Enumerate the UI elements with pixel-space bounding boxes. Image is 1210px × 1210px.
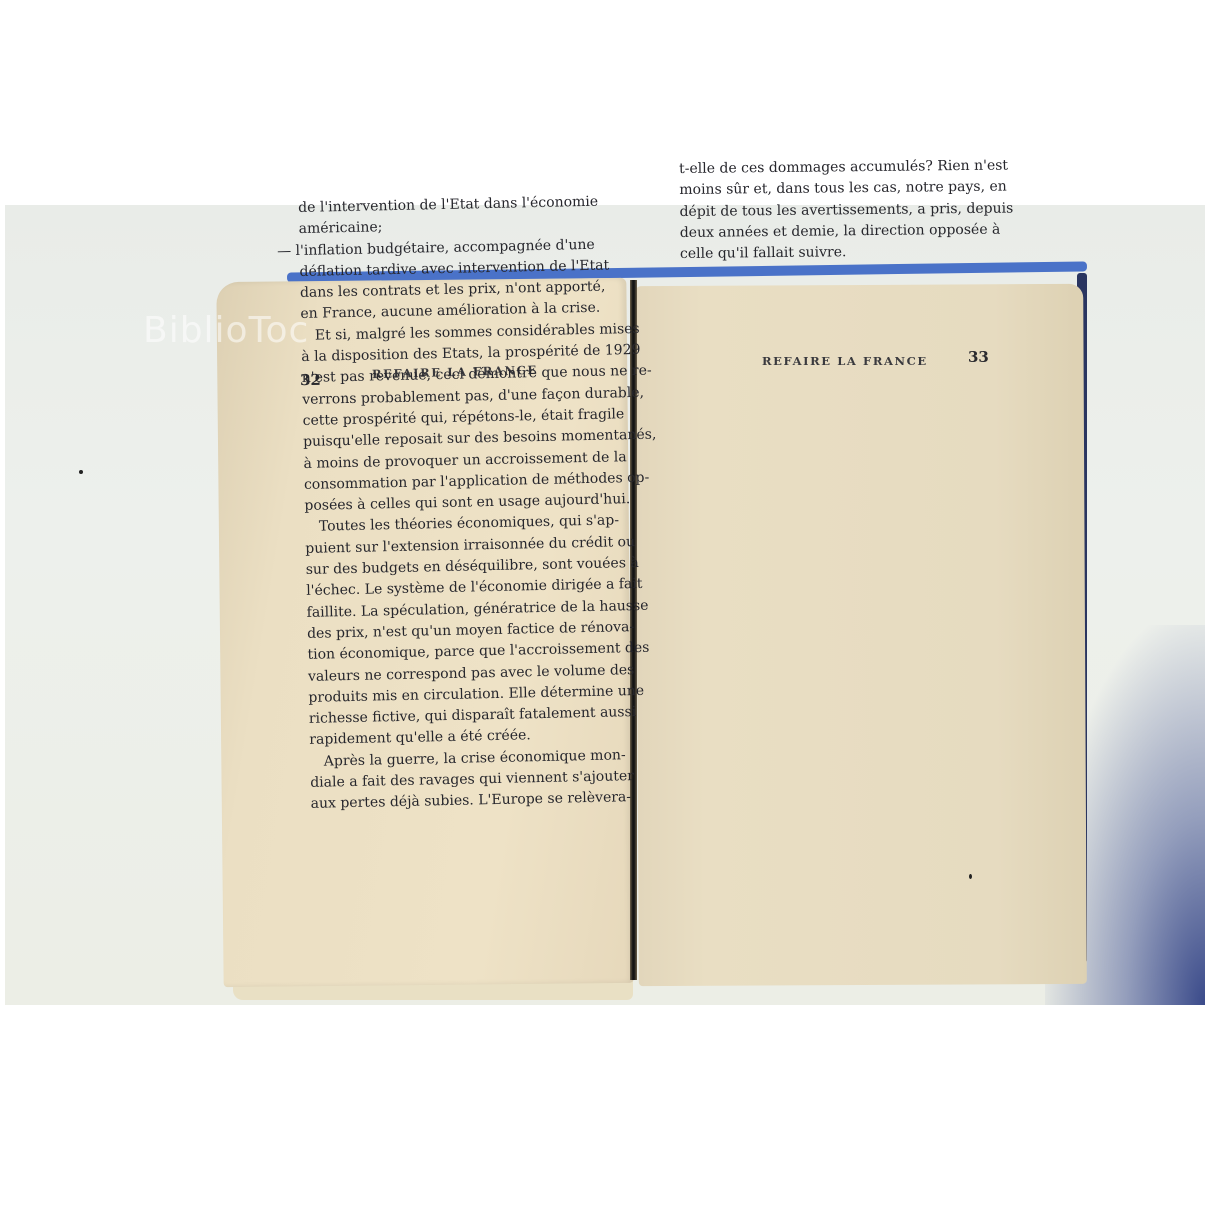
text-line: deux années et demie, la direction oppos… [680, 220, 986, 245]
speck [969, 874, 972, 879]
left-page-body: de l'intervention de l'Etat dans l'écono… [298, 192, 595, 815]
text-line: dépit de tous les avertissements, a pris… [679, 198, 985, 223]
right-page-number: 33 [968, 348, 989, 366]
text-line: moins sûr et, dans tous les cas, notre p… [679, 177, 985, 202]
right-page [635, 284, 1087, 986]
text-line: celle qu'il fallait suivre. [680, 241, 986, 266]
right-page-body: t-elle de ces dommages accumulés? Rien n… [679, 156, 986, 266]
speck [79, 470, 83, 474]
watermark: BiblioToc [143, 310, 309, 351]
right-running-title: REFAIRE LA FRANCE [762, 354, 928, 368]
